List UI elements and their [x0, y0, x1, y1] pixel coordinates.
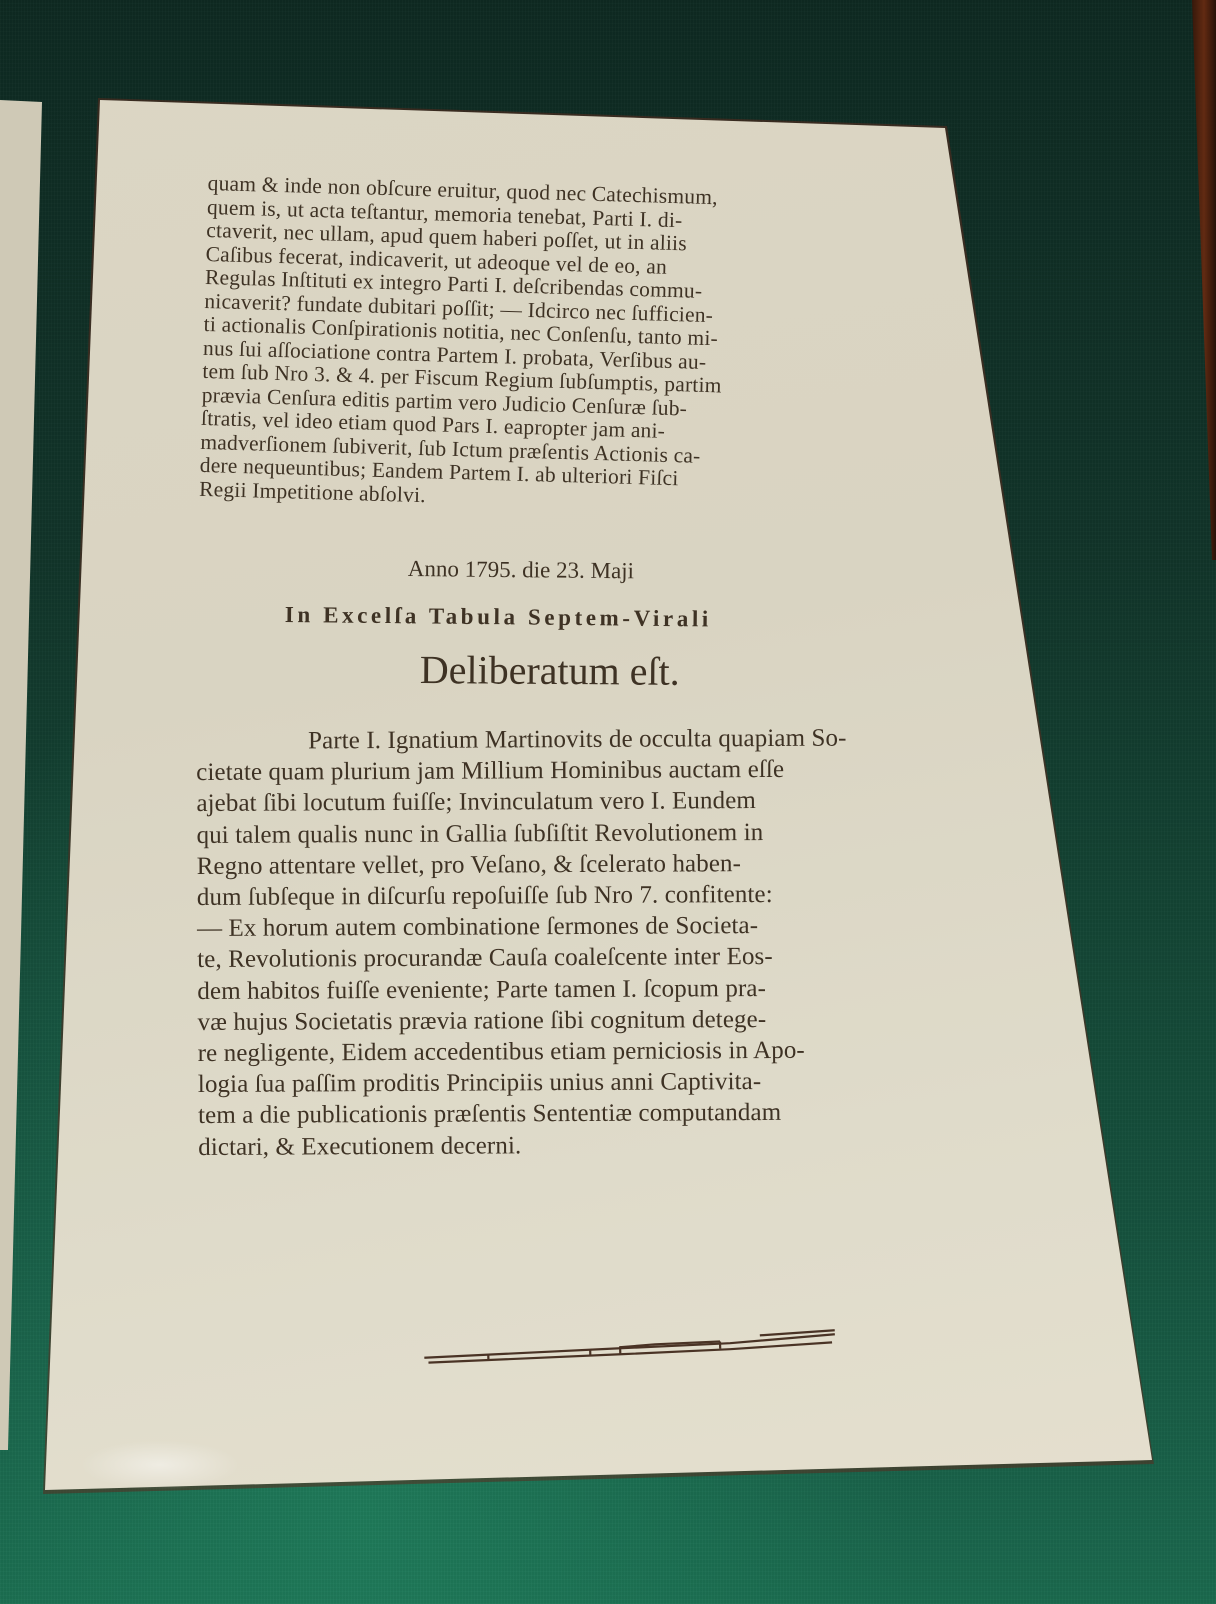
- text-line: Parte I. Ignatium Martinovits de occulta…: [196, 723, 847, 758]
- text-line: dictari, & Executionem decerni.: [198, 1128, 849, 1163]
- text-line: logia ſua paſſim proditis Principiis uni…: [198, 1066, 849, 1101]
- top-paragraph: quam & inde non obſcure eruitur, quod ne…: [199, 172, 727, 515]
- court-line: In Excelſa Tabula Septem-Virali: [285, 602, 712, 632]
- text-line: dum ſubſeque in diſcurſu repoſuiſſe ſub …: [197, 879, 848, 914]
- text-line: væ hujus Societatis prævia ratione ſibi …: [197, 1003, 848, 1038]
- main-paragraph: Parte I. Ignatium Martinovits de occulta…: [196, 723, 849, 1163]
- text-line: te, Revolutionis procurandæ Cauſa coaleſ…: [197, 941, 848, 976]
- text-line: cietate quam plurium jam Millium Hominib…: [196, 754, 847, 789]
- date-line: Anno 1795. die 23. Maji: [408, 556, 634, 584]
- text-line: Regno attentare vellet, pro Veſano, & ſc…: [197, 847, 848, 882]
- text-line: ajebat ſibi locutum fuiſſe; Invinculatum…: [196, 785, 847, 820]
- deliberation-heading: Deliberatum eſt.: [420, 646, 680, 695]
- glass-glare: [80, 1440, 240, 1490]
- text-line: re negligente, Eidem accedentibus etiam …: [198, 1035, 849, 1070]
- text-line: dem habitos fuiſſe eveniente; Parte tame…: [197, 972, 848, 1007]
- text-line: tem a die publicationis præſentis Senten…: [198, 1097, 849, 1132]
- text-line: — Ex horum autem combinatione ſermones d…: [197, 910, 848, 945]
- text-line: qui talem qualis nunc in Gallia ſubſiſti…: [196, 816, 847, 851]
